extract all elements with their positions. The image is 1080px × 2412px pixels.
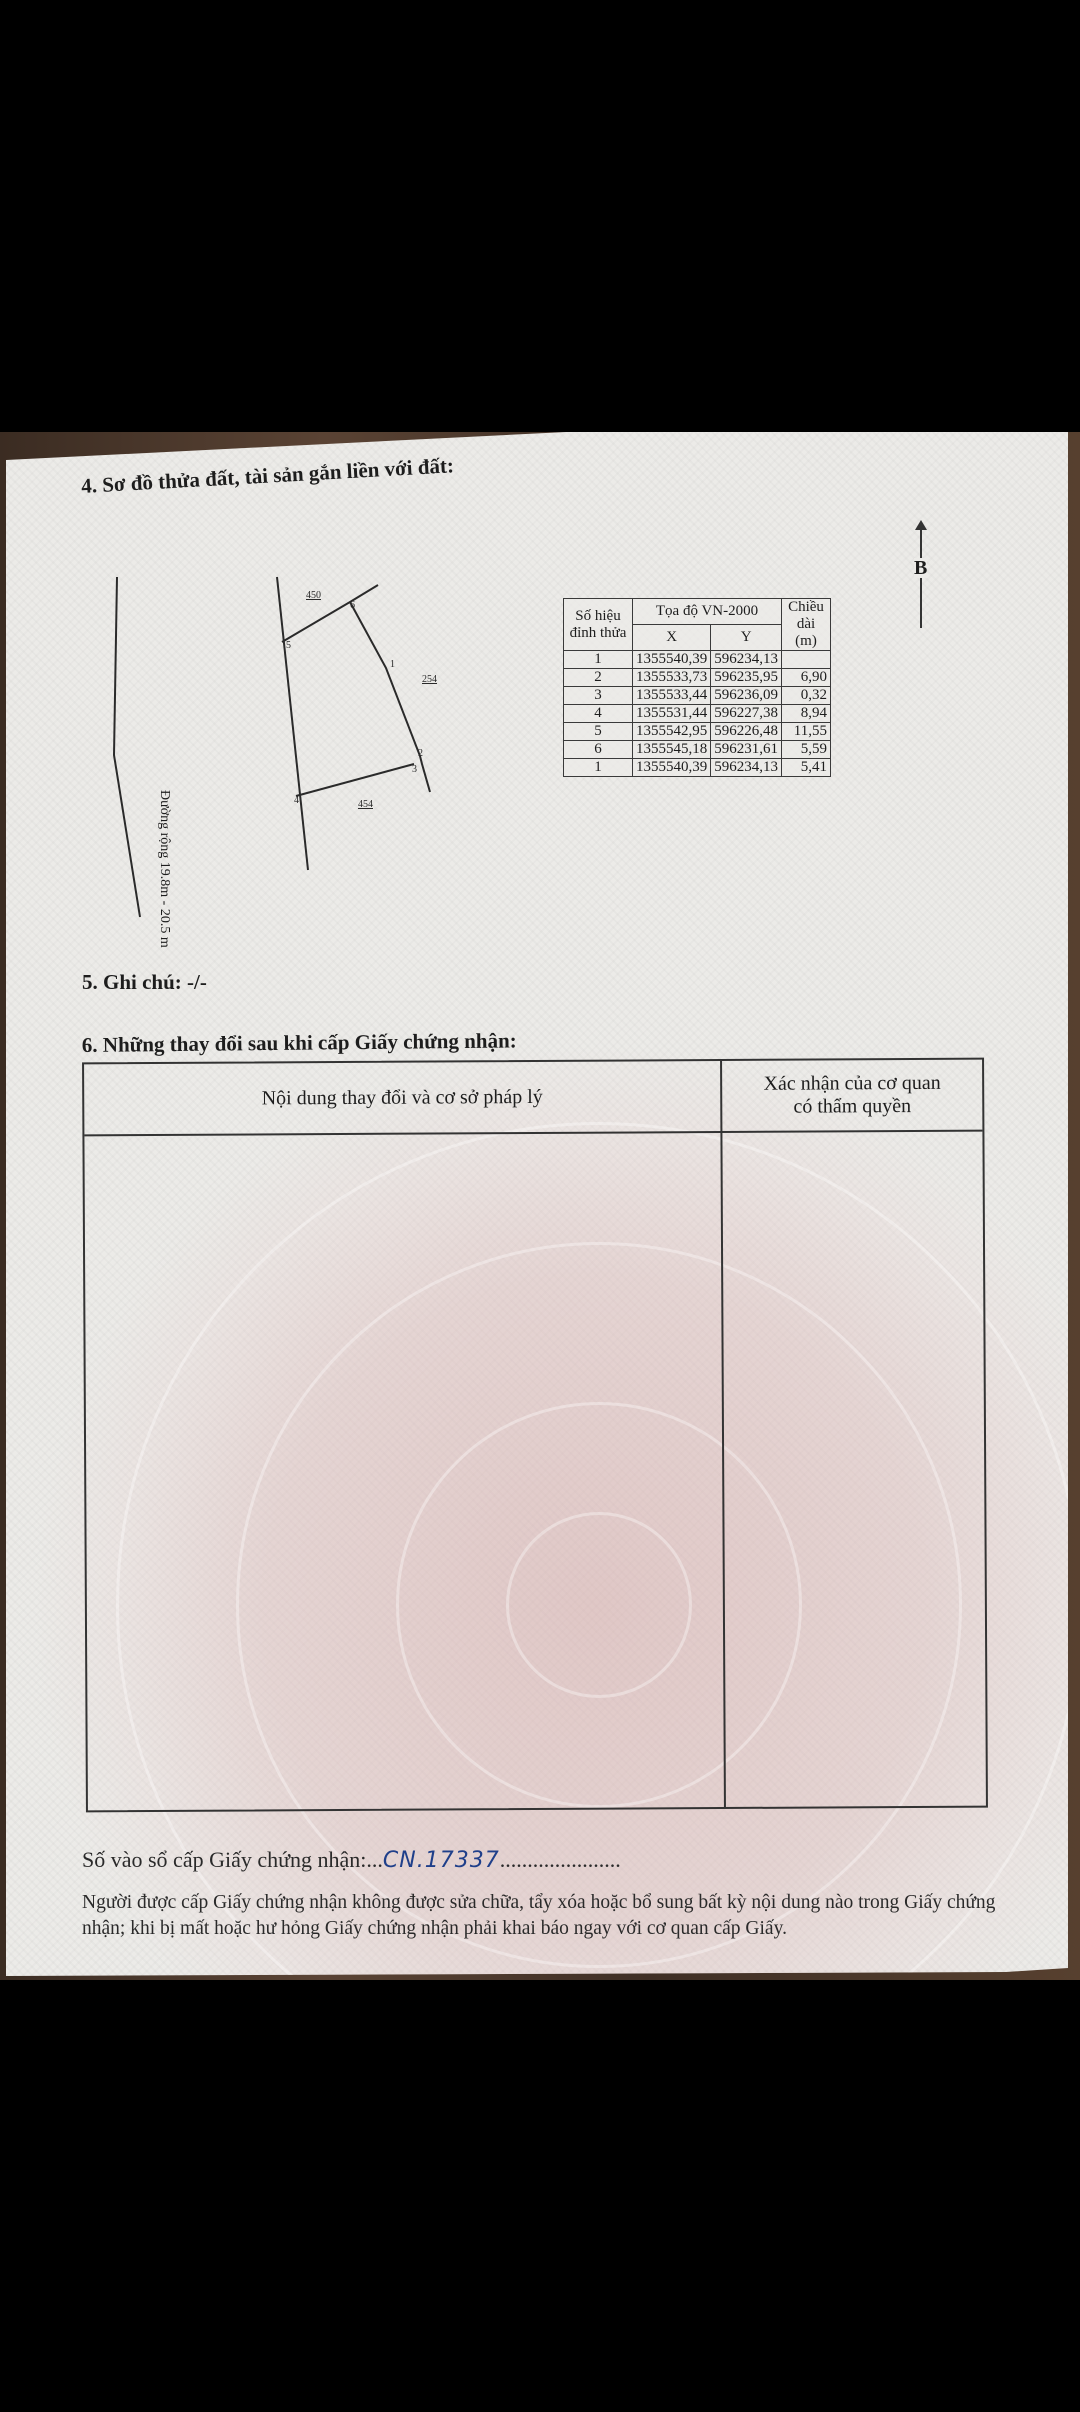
road-left-edge xyxy=(114,577,140,917)
registration-dots: ...................... xyxy=(500,1847,621,1872)
cell-y: 596227,38 xyxy=(711,705,782,723)
cell-vertex-id: 1 xyxy=(564,759,633,777)
svg-text:450: 450 xyxy=(306,590,321,601)
table-row: 51355542,95596226,4811,55 xyxy=(564,723,831,741)
cell-x: 1355542,95 xyxy=(633,723,711,741)
cell-length: 5,41 xyxy=(782,759,831,777)
cell-vertex-id: 3 xyxy=(564,687,633,705)
header-y: Y xyxy=(711,625,782,651)
svg-text:4: 4 xyxy=(294,795,299,806)
cell-y: 596234,13 xyxy=(711,759,782,777)
header-confirm-line2: có thẩm quyền xyxy=(793,1095,911,1119)
road-width-label: Đường rộng 19.8m - 20.5 m xyxy=(156,790,172,948)
cell-length: 5,59 xyxy=(782,741,831,759)
cell-length: 0,32 xyxy=(782,687,831,705)
cell-y: 596235,95 xyxy=(711,669,782,687)
cell-y: 596236,09 xyxy=(711,687,782,705)
table-row: 31355533,44596236,090,32 xyxy=(564,687,831,705)
section-5-notes: 5. Ghi chú: -/- xyxy=(82,970,207,995)
cell-length xyxy=(782,651,831,669)
table-row: 61355545,18596231,615,59 xyxy=(564,741,831,759)
cell-x: 1355533,44 xyxy=(633,687,711,705)
header-coord-system: Tọa độ VN-2000 xyxy=(633,599,782,625)
cell-vertex-id: 5 xyxy=(564,723,633,741)
registration-label: Số vào sổ cấp Giấy chứng nhận:... xyxy=(82,1847,383,1872)
cell-vertex-id: 6 xyxy=(564,741,633,759)
road-right-edge xyxy=(277,577,308,870)
header-vertex-id: Số hiệu đỉnh thửa xyxy=(564,599,633,651)
cell-x: 1355540,39 xyxy=(633,651,711,669)
svg-text:5: 5 xyxy=(286,640,291,651)
table-row: 11355540,39596234,135,41 xyxy=(564,759,831,777)
cell-vertex-id: 4 xyxy=(564,705,633,723)
registration-number-line: Số vào sổ cấp Giấy chứng nhận:...CN.1733… xyxy=(82,1847,621,1873)
svg-text:6: 6 xyxy=(350,600,355,611)
registration-number: CN.17337 xyxy=(383,1848,500,1873)
svg-text:1: 1 xyxy=(390,659,395,670)
north-arrow: B xyxy=(912,520,942,630)
header-x: X xyxy=(633,625,711,651)
north-label: B xyxy=(914,558,927,578)
cell-length: 8,94 xyxy=(782,705,831,723)
cell-y: 596226,48 xyxy=(711,723,782,741)
cell-y: 596234,13 xyxy=(711,651,782,669)
header-change-content: Nội dung thay đổi và cơ sở pháp lý xyxy=(84,1061,720,1134)
cell-x: 1355533,73 xyxy=(633,669,711,687)
cell-x: 1355545,18 xyxy=(633,741,711,759)
cell-length: 6,90 xyxy=(782,669,831,687)
coordinates-table: Số hiệu đỉnh thửa Tọa độ VN-2000 Chiều d… xyxy=(563,598,831,777)
header-length: Chiều dài (m) xyxy=(782,599,831,651)
svg-text:2: 2 xyxy=(418,748,423,759)
cell-x: 1355540,39 xyxy=(633,759,711,777)
cell-length: 11,55 xyxy=(782,723,831,741)
header-authority-confirmation: Xác nhận của cơ quan có thẩm quyền xyxy=(722,1060,982,1131)
table-row: 41355531,44596227,388,94 xyxy=(564,705,831,723)
table-row: 11355540,39596234,13 xyxy=(564,651,831,669)
svg-text:3: 3 xyxy=(412,764,417,775)
arrow-up-icon xyxy=(915,520,927,530)
section-6-title: 6. Những thay đổi sau khi cấp Giấy chứng… xyxy=(82,1028,517,1058)
changes-table: Nội dung thay đổi và cơ sở pháp lý Xác n… xyxy=(82,1058,988,1813)
svg-text:254: 254 xyxy=(422,674,437,685)
cell-vertex-id: 1 xyxy=(564,651,633,669)
header-confirm-line1: Xác nhận của cơ quan xyxy=(764,1072,941,1096)
cell-x: 1355531,44 xyxy=(633,705,711,723)
table-row: 21355533,73596235,956,90 xyxy=(564,669,831,687)
legal-notice: Người được cấp Giấy chứng nhận không đượ… xyxy=(82,1890,1032,1942)
svg-text:454: 454 xyxy=(358,799,373,810)
cell-vertex-id: 2 xyxy=(564,669,633,687)
cell-y: 596231,61 xyxy=(711,741,782,759)
column-divider xyxy=(720,1061,726,1807)
